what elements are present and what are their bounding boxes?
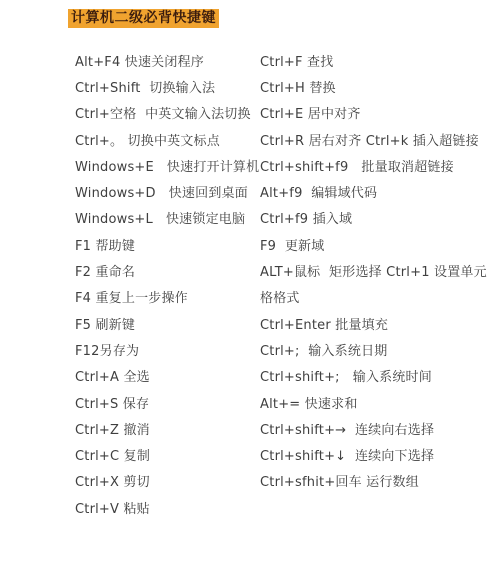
shortcut-row: F1 帮助键 bbox=[75, 231, 260, 257]
shortcut-columns: Alt+F4 快速关闭程序Ctrl+Shift 切换输入法Ctrl+空格 中英文… bbox=[75, 47, 500, 520]
shortcut-row: Ctrl+空格 中英文输入法切换 bbox=[75, 100, 260, 126]
shortcut-row: Ctrl+X 剪切 bbox=[75, 468, 260, 494]
shortcut-row: 格格式 bbox=[260, 284, 500, 310]
shortcut-row: Ctrl+R 居右对齐 Ctrl+k 插入超链接 bbox=[260, 126, 500, 152]
shortcut-row: Ctrl+H 替换 bbox=[260, 73, 500, 99]
shortcut-row: Ctrl+S 保存 bbox=[75, 389, 260, 415]
shortcut-row: Ctrl+Shift 切换输入法 bbox=[75, 73, 260, 99]
shortcut-row: Windows+E 快速打开计算机 bbox=[75, 152, 260, 178]
shortcut-row: Ctrl+shift+; 输入系统时间 bbox=[260, 363, 500, 389]
shortcut-row: Ctrl+shift+↓ 连续向下选择 bbox=[260, 441, 500, 467]
shortcut-row: F4 重复上一步操作 bbox=[75, 284, 260, 310]
shortcut-row: Alt+f9 编辑域代码 bbox=[260, 178, 500, 204]
shortcut-row: Ctrl+sfhit+回车 运行数组 bbox=[260, 468, 500, 494]
shortcut-row: Ctrl+; 输入系统日期 bbox=[260, 336, 500, 362]
shortcut-row: ALT+鼠标 矩形选择 Ctrl+1 设置单元 bbox=[260, 257, 500, 283]
shortcut-row: Alt+= 快速求和 bbox=[260, 389, 500, 415]
shortcut-row: Ctrl+E 居中对齐 bbox=[260, 100, 500, 126]
shortcut-row: Ctrl+f9 插入域 bbox=[260, 205, 500, 231]
shortcut-row: Ctrl+Z 撤消 bbox=[75, 415, 260, 441]
shortcut-row: Alt+F4 快速关闭程序 bbox=[75, 47, 260, 73]
shortcut-row: F2 重命名 bbox=[75, 257, 260, 283]
shortcut-row: F5 刷新键 bbox=[75, 310, 260, 336]
shortcut-row: Ctrl+shift+f9 批量取消超链接 bbox=[260, 152, 500, 178]
shortcut-row: F12另存为 bbox=[75, 336, 260, 362]
shortcut-row: F9 更新域 bbox=[260, 231, 500, 257]
shortcut-row: Windows+L 快速锁定电脑 bbox=[75, 205, 260, 231]
shortcut-column-right: Ctrl+F 查找Ctrl+H 替换Ctrl+E 居中对齐Ctrl+R 居右对齐… bbox=[260, 47, 500, 520]
shortcut-row: Ctrl+A 全选 bbox=[75, 363, 260, 389]
shortcut-column-left: Alt+F4 快速关闭程序Ctrl+Shift 切换输入法Ctrl+空格 中英文… bbox=[75, 47, 260, 520]
shortcut-row: Ctrl+C 复制 bbox=[75, 441, 260, 467]
page-title: 计算机二级必背快捷键 bbox=[68, 9, 219, 28]
shortcut-row: Ctrl+。 切换中英文标点 bbox=[75, 126, 260, 152]
shortcut-row: Ctrl+F 查找 bbox=[260, 47, 500, 73]
page: 计算机二级必背快捷键 Alt+F4 快速关闭程序Ctrl+Shift 切换输入法… bbox=[0, 0, 500, 562]
shortcut-row: Ctrl+shift+→ 连续向右选择 bbox=[260, 415, 500, 441]
shortcut-row: Ctrl+V 粘贴 bbox=[75, 494, 260, 520]
shortcut-row: Windows+D 快速回到桌面 bbox=[75, 178, 260, 204]
shortcut-row: Ctrl+Enter 批量填充 bbox=[260, 310, 500, 336]
